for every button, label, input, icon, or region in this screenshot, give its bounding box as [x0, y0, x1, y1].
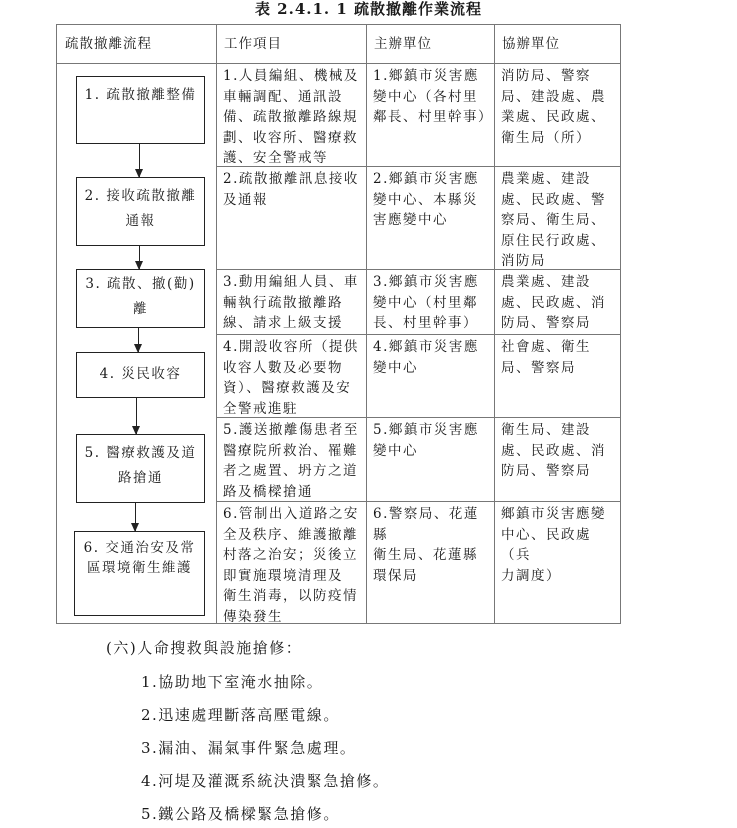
section-heading: (六)人命搜救與設施搶修：	[106, 638, 302, 658]
flow-step-6: 6. 交通治安及常 區環境衛生維護	[74, 531, 205, 616]
lead-unit-cell: 6.警察局、花蓮縣 衛生局、花蓮縣 環保局	[367, 502, 495, 586]
flow-step-3: 3. 疏散、撤(勸) 離	[76, 269, 205, 328]
list-item: 2.迅速處理斷落高壓電線。	[141, 705, 340, 725]
flow-step-1: 1. 疏散撤離整備	[76, 76, 205, 144]
header-lead-unit: 主辦單位	[366, 25, 494, 63]
task-cell: 2.疏散撤離訊息接收 及通報	[217, 167, 367, 210]
table-title: 表 2.4.1. 1 疏散撤離作業流程	[0, 0, 737, 20]
lead-unit-cell: 2.鄉鎮市災害應 變中心、本縣災 害應變中心	[367, 167, 495, 231]
support-unit-cell: 鄉鎮市災害應變 中心、民政處（兵 力調度）	[495, 502, 621, 586]
task-cell: 1.人員編組、機械及 車輛調配、通訊設 備、疏散撤離路線規 劃、收容所、醫療救 …	[217, 64, 367, 169]
flow-step-4: 4. 災民收容	[76, 352, 205, 398]
header-flow: 疏散撤離流程	[57, 25, 216, 63]
support-unit-cell: 農業處、建設 處、民政處、消 防局、警察局	[495, 270, 621, 334]
task-cell: 4.開設收容所（提供 收容人數及必要物 資）、醫療救護及安 全警戒進駐	[217, 335, 367, 419]
task-cell: 6.管制出入道路之安 全及秩序、維護撤離 村落之治安；災後立 即實施環境清理及 …	[217, 502, 367, 628]
arrow-down-icon	[138, 328, 139, 352]
arrow-down-icon	[139, 246, 140, 269]
lead-unit-cell: 3.鄉鎮市災害應 變中心（村里鄰 長、村里幹事）	[367, 270, 495, 334]
list-item: 3.漏油、漏氣事件緊急處理。	[141, 738, 356, 758]
lead-unit-cell: 1.鄉鎮市災害應 變中心（各村里 鄰長、村里幹事）	[367, 64, 495, 128]
support-unit-cell: 社會處、衛生 局、警察局	[495, 335, 621, 378]
list-item: 1.協助地下室淹水抽除。	[141, 672, 323, 692]
lead-unit-cell: 4.鄉鎮市災害應 變中心	[367, 335, 495, 378]
list-item: 5.鐵公路及橋樑緊急搶修。	[141, 804, 340, 824]
support-unit-cell: 農業處、建設 處、民政處、警 察局、衛生局、 原住民行政處、 消防局	[495, 167, 621, 272]
flow-step-2: 2. 接收疏散撤離 通報	[76, 177, 205, 246]
task-cell: 3.動用編組人員、車 輛執行疏散撤離路 線、請求上級支援	[217, 270, 367, 334]
lead-unit-cell: 5.鄉鎮市災害應 變中心	[367, 418, 495, 461]
header-support-unit: 協辦單位	[494, 25, 620, 63]
support-unit-cell: 消防局、警察 局、建設處、農 業處、民政處、 衛生局（所）	[495, 64, 621, 148]
arrow-down-icon	[139, 144, 140, 177]
evacuation-process-table: 疏散撤離流程 工作項目 主辦單位 協辦單位 1.人員編組、機械及 車輛調配、通訊…	[56, 24, 621, 624]
header-task: 工作項目	[216, 25, 366, 63]
task-cell: 5.護送撤離傷患者至 醫療院所救治、罹難 者之處置、坍方之道 路及橋樑搶通	[217, 418, 367, 502]
flow-step-5: 5. 醫療救護及道 路搶通	[76, 434, 205, 503]
arrow-down-icon	[136, 398, 137, 434]
list-item: 4.河堤及灌溉系統決潰緊急搶修。	[141, 771, 389, 791]
support-unit-cell: 衛生局、建設 處、民政處、消 防局、警察局	[495, 418, 621, 482]
arrow-down-icon	[135, 503, 136, 531]
